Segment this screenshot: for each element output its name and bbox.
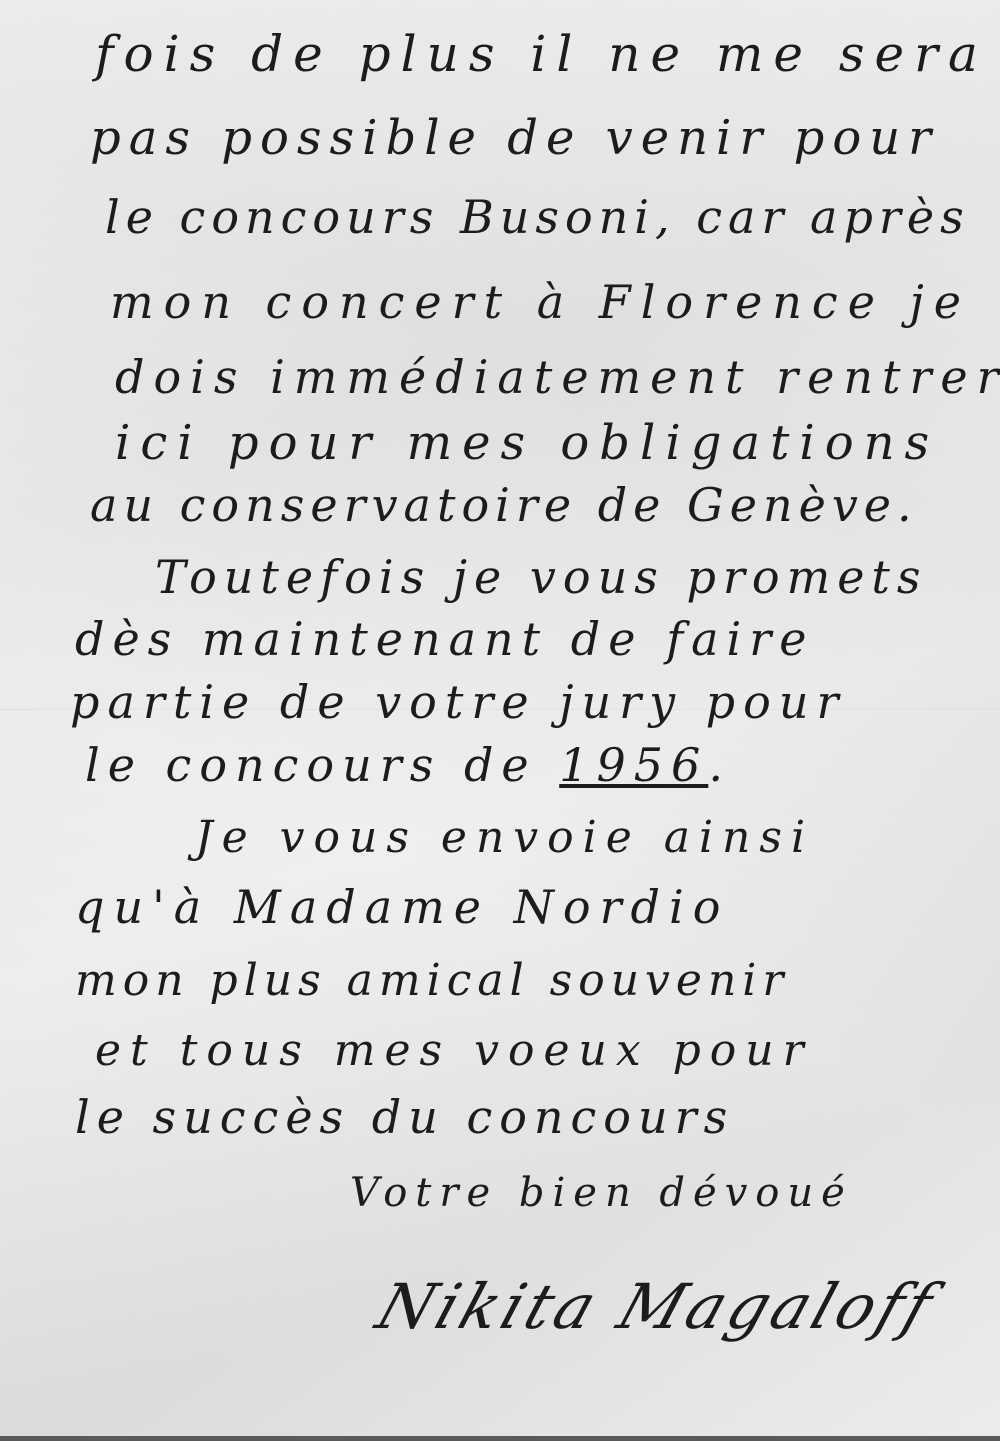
letter-text: le concours de	[85, 738, 537, 792]
letter-line: et tous mes voeux pour	[95, 1025, 813, 1076]
letter-line: fois de plus il ne me sera	[95, 25, 988, 83]
letter-line: pas possible de venir pour	[90, 110, 939, 166]
signature: Nikita Magaloff	[368, 1270, 945, 1343]
year-period: .	[708, 738, 731, 792]
closing-text: Votre bien dévoué	[350, 1170, 853, 1216]
letter-paper: fois de plus il ne me sera pas possible …	[0, 0, 1000, 1436]
letter-line: le concours Busoni, car après	[105, 190, 970, 244]
photo-bottom-edge	[0, 1436, 1000, 1441]
letter-line: partie de votre jury pour	[70, 675, 846, 729]
letter-line: le concours de 1956.	[85, 738, 731, 792]
letter-line: dois immédiatement rentrer	[115, 350, 1000, 404]
letter-line: mon plus amical souvenir	[75, 955, 789, 1006]
letter-line: le succès du concours	[75, 1090, 734, 1144]
letter-line: ici pour mes obligations	[115, 415, 939, 471]
letter-line: Toutefois je vous promets	[155, 550, 928, 604]
letter-line: Je vous envoie ainsi	[195, 812, 814, 863]
year-text: 1956	[559, 738, 708, 792]
letter-line: dès maintenant de faire	[75, 612, 814, 666]
letter-line: au conservatoire de Genève.	[90, 478, 918, 532]
letter-line: mon concert à Florence je	[110, 275, 971, 329]
letter-line: qu'à Madame Nordio	[75, 880, 729, 934]
